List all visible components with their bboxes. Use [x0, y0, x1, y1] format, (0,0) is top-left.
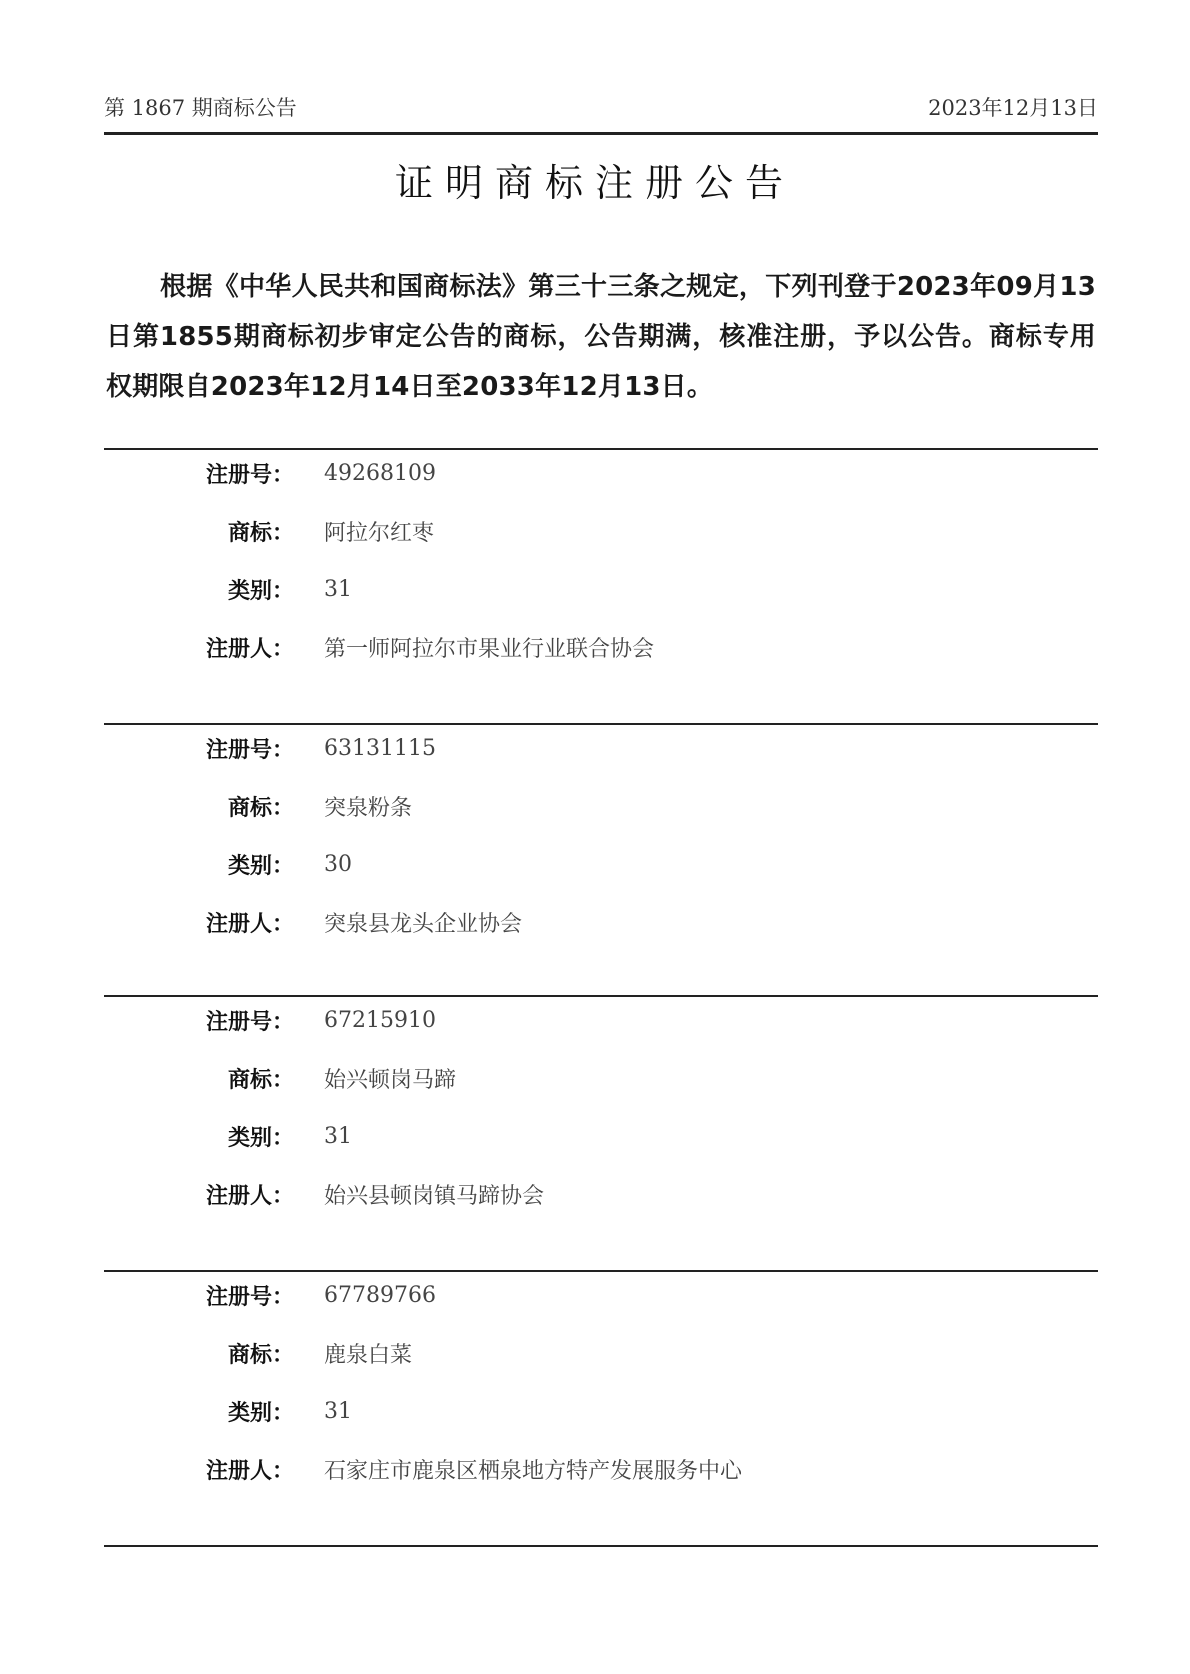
reg-no-label: 注册号： [104, 733, 324, 764]
mark-label: 商标： [104, 1338, 324, 1369]
class-label: 类别： [104, 574, 324, 605]
registrant-value: 石家庄市鹿泉区栖泉地方特产发展服务中心 [324, 1454, 742, 1485]
mark-row: 商标： 突泉粉条 [104, 791, 412, 822]
page-header: 第 1867 期商标公告 2023年12月13日 [104, 92, 1098, 122]
reg-no-row: 注册号： 63131115 [104, 733, 436, 764]
registrant-value: 突泉县龙头企业协会 [324, 907, 522, 938]
mark-value: 鹿泉白菜 [324, 1338, 412, 1369]
page-title: 证明商标注册公告 [0, 152, 1190, 207]
reg-no-value: 49268109 [324, 461, 436, 486]
class-value: 31 [324, 1124, 352, 1149]
class-value: 31 [324, 577, 352, 602]
class-label: 类别： [104, 849, 324, 880]
registrant-label: 注册人： [104, 907, 324, 938]
class-row: 类别： 30 [104, 849, 352, 880]
reg-no-label: 注册号： [104, 1005, 324, 1036]
class-value: 31 [324, 1399, 352, 1424]
issue-number: 第 1867 期商标公告 [104, 92, 297, 122]
mark-label: 商标： [104, 516, 324, 547]
registrant-label: 注册人： [104, 1454, 324, 1485]
registrant-label: 注册人： [104, 1179, 324, 1210]
registrant-label: 注册人： [104, 632, 324, 663]
class-value: 30 [324, 852, 352, 877]
mark-value: 突泉粉条 [324, 791, 412, 822]
intro-paragraph: 根据《中华人民共和国商标法》第三十三条之规定，下列刊登于2023年09月13日第… [106, 262, 1096, 412]
reg-no-label: 注册号： [104, 458, 324, 489]
issue-date: 2023年12月13日 [928, 92, 1098, 122]
mark-row: 商标： 始兴顿岗马蹄 [104, 1063, 456, 1094]
reg-no-row: 注册号： 49268109 [104, 458, 436, 489]
reg-no-value: 67215910 [324, 1008, 436, 1033]
mark-value: 始兴顿岗马蹄 [324, 1063, 456, 1094]
class-label: 类别： [104, 1121, 324, 1152]
mark-value: 阿拉尔红枣 [324, 516, 434, 547]
trademark-entry: 注册号： 63131115 商标： 突泉粉条 类别： 30 注册人： 突泉县龙头… [104, 723, 1098, 725]
class-label: 类别： [104, 1396, 324, 1427]
trademark-entry: 注册号： 67789766 商标： 鹿泉白菜 类别： 31 注册人： 石家庄市鹿… [104, 1270, 1098, 1272]
registrant-row: 注册人： 石家庄市鹿泉区栖泉地方特产发展服务中心 [104, 1454, 742, 1485]
registrant-row: 注册人： 第一师阿拉尔市果业行业联合协会 [104, 632, 654, 663]
class-row: 类别： 31 [104, 1121, 352, 1152]
reg-no-value: 63131115 [324, 736, 436, 761]
class-row: 类别： 31 [104, 1396, 352, 1427]
reg-no-label: 注册号： [104, 1280, 324, 1311]
reg-no-row: 注册号： 67789766 [104, 1280, 436, 1311]
mark-label: 商标： [104, 791, 324, 822]
reg-no-row: 注册号： 67215910 [104, 1005, 436, 1036]
registrant-row: 注册人： 始兴县顿岗镇马蹄协会 [104, 1179, 544, 1210]
mark-row: 商标： 阿拉尔红枣 [104, 516, 434, 547]
reg-no-value: 67789766 [324, 1283, 436, 1308]
header-divider [104, 132, 1098, 135]
registrant-value: 第一师阿拉尔市果业行业联合协会 [324, 632, 654, 663]
mark-label: 商标： [104, 1063, 324, 1094]
mark-row: 商标： 鹿泉白菜 [104, 1338, 412, 1369]
registrant-value: 始兴县顿岗镇马蹄协会 [324, 1179, 544, 1210]
bottom-divider [104, 1545, 1098, 1547]
trademark-entry: 注册号： 49268109 商标： 阿拉尔红枣 类别： 31 注册人： 第一师阿… [104, 448, 1098, 450]
trademark-entry: 注册号： 67215910 商标： 始兴顿岗马蹄 类别： 31 注册人： 始兴县… [104, 995, 1098, 997]
class-row: 类别： 31 [104, 574, 352, 605]
registrant-row: 注册人： 突泉县龙头企业协会 [104, 907, 522, 938]
